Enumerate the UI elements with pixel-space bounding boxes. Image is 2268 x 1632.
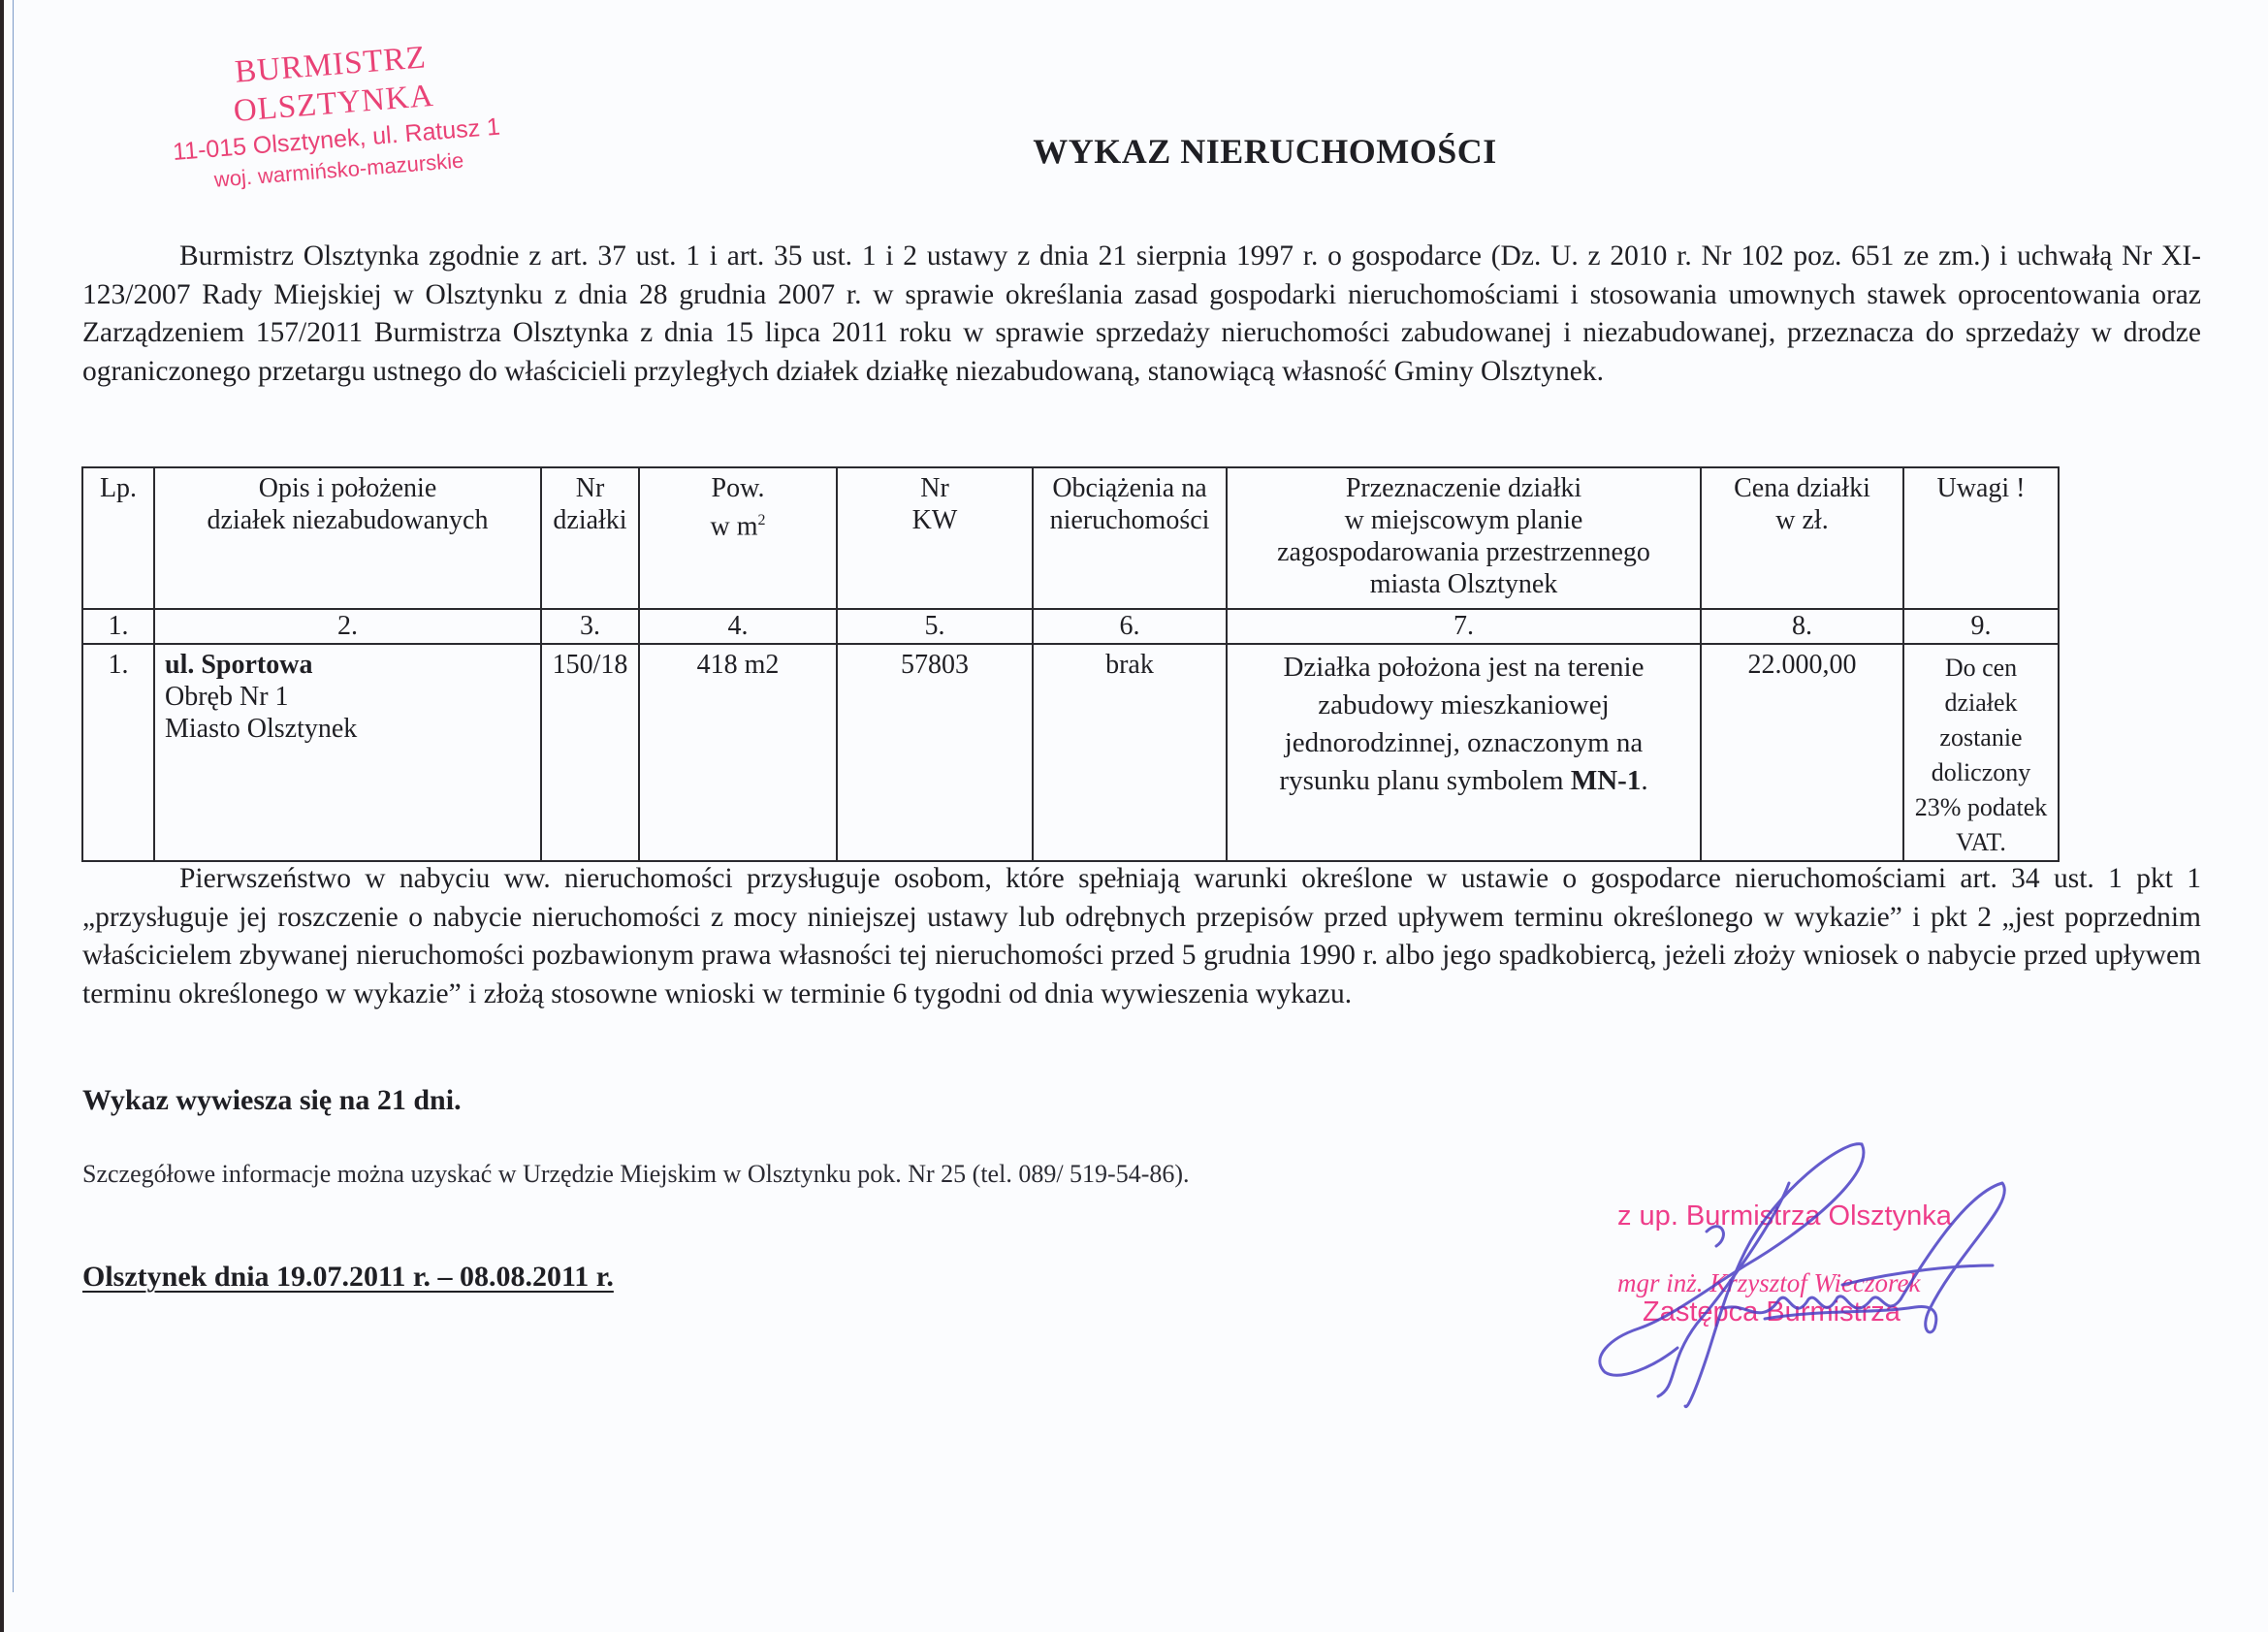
obreb: Obręb Nr 1 bbox=[165, 681, 536, 713]
col-num: 5. bbox=[837, 609, 1033, 644]
col-num: 3. bbox=[541, 609, 639, 644]
cell-obciazenia: brak bbox=[1033, 644, 1227, 861]
cell-cena: 22.000,00 bbox=[1701, 644, 1903, 861]
info-line: Szczegółowe informacje można uzyskać w U… bbox=[82, 1160, 1190, 1189]
col-num: 6. bbox=[1033, 609, 1227, 644]
col-num: 9. bbox=[1903, 609, 2059, 644]
priority-paragraph: Pierwszeństwo w nabyciu ww. nieruchomośc… bbox=[82, 860, 2201, 1013]
signature-stamp-line-3: Zastępca Burmistrza bbox=[1643, 1296, 1901, 1328]
col-num: 2. bbox=[154, 609, 541, 644]
header-opis: Opis i położeniedziałek niezabudowanych bbox=[154, 467, 541, 609]
header-pow: Pow.w m2 bbox=[639, 467, 837, 609]
street: ul. Sportowa bbox=[165, 649, 536, 681]
header-obciazenia: Obciążenia nanieruchomości bbox=[1033, 467, 1227, 609]
date-line: Olsztynek dnia 19.07.2011 r. – 08.08.201… bbox=[82, 1261, 614, 1294]
col-num: 8. bbox=[1701, 609, 1903, 644]
cell-kw: 57803 bbox=[837, 644, 1033, 861]
city: Miasto Olsztynek bbox=[165, 713, 536, 745]
col-num: 4. bbox=[639, 609, 837, 644]
col-num: 7. bbox=[1227, 609, 1701, 644]
intro-paragraph: Burmistrz Olsztynka zgodnie z art. 37 us… bbox=[82, 238, 2201, 391]
cell-opis: ul. Sportowa Obręb Nr 1 Miasto Olsztynek bbox=[154, 644, 541, 861]
signature-stamp-line-2: mgr inż. Krzysztof Wieczorek bbox=[1617, 1268, 1921, 1298]
header-lp: Lp. bbox=[82, 467, 154, 609]
header-nr-dzialki: Nr działki bbox=[541, 467, 639, 609]
header-cena: Cena działkiw zł. bbox=[1701, 467, 1903, 609]
signature-stamp-line-1: z up. Burmistrza Olsztynka bbox=[1617, 1200, 1952, 1232]
header-kw: NrKW bbox=[837, 467, 1033, 609]
column-number-row: 1. 2. 3. 4. 5. 6. 7. 8. 9. bbox=[82, 609, 2059, 644]
property-table: Lp. Opis i położeniedziałek niezabudowan… bbox=[81, 466, 2060, 862]
scan-edge bbox=[0, 0, 4, 1632]
cell-pow: 418 m2 bbox=[639, 644, 837, 861]
table-header-row: Lp. Opis i położeniedziałek niezabudowan… bbox=[82, 467, 2059, 609]
scan-line bbox=[13, 0, 14, 1592]
table-row: 1. ul. Sportowa Obręb Nr 1 Miasto Olszty… bbox=[82, 644, 2059, 861]
cell-uwagi: Do cen działek zostanie doliczony 23% po… bbox=[1903, 644, 2059, 861]
plan-symbol: MN-1 bbox=[1571, 765, 1641, 796]
header-przeznaczenie: Przeznaczenie działkiw miejscowym planie… bbox=[1227, 467, 1701, 609]
header-uwagi: Uwagi ! bbox=[1903, 467, 2059, 609]
document-title: WYKAZ NIERUCHOMOŚCI bbox=[0, 131, 2268, 172]
cell-lp: 1. bbox=[82, 644, 154, 861]
office-stamp: BURMISTRZ OLSZTYNKA 11-015 Olsztynek, ul… bbox=[145, 31, 524, 199]
col-num: 1. bbox=[82, 609, 154, 644]
cell-przeznaczenie: Działka położona jest na terenie zabudow… bbox=[1227, 644, 1701, 861]
cell-nr-dzialki: 150/18 bbox=[541, 644, 639, 861]
posting-note: Wykaz wywiesza się na 21 dni. bbox=[82, 1084, 462, 1117]
